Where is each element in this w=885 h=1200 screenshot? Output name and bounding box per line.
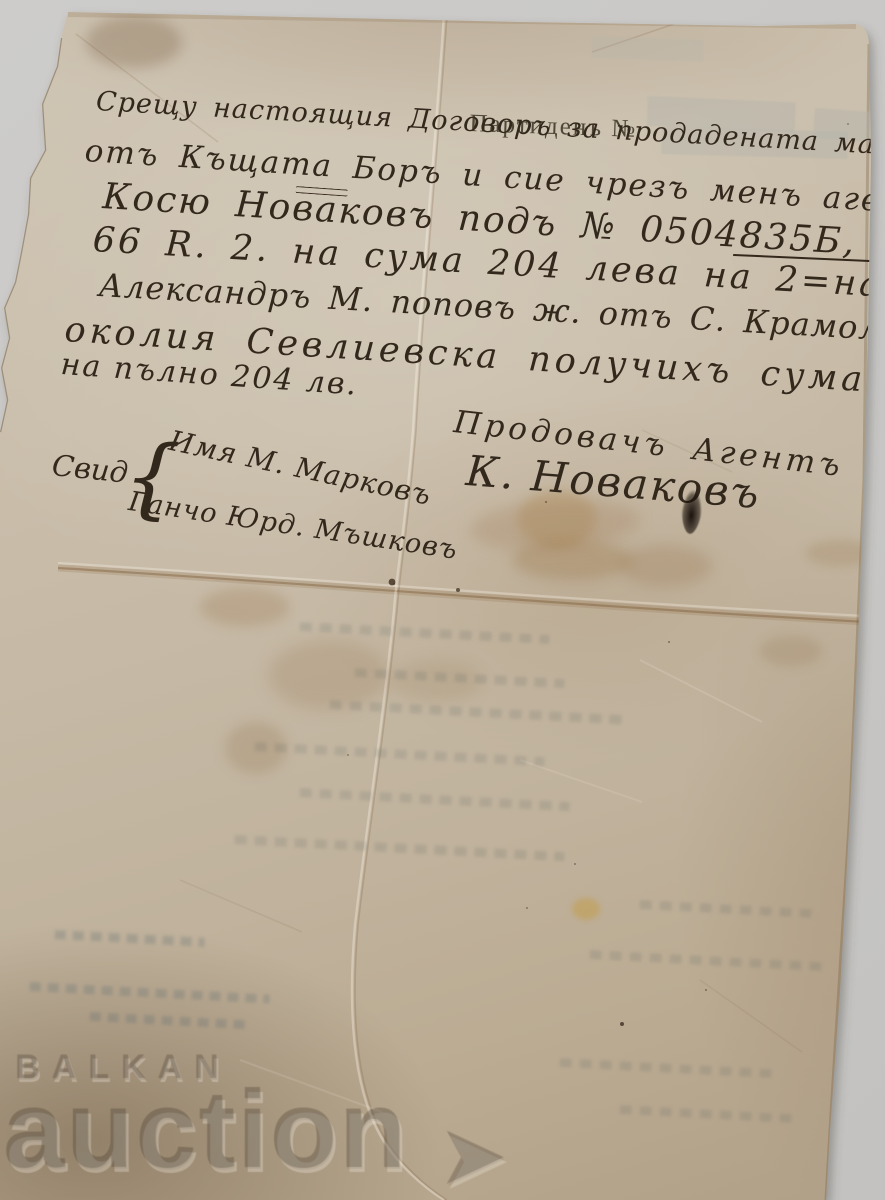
document-paper: Партиденъ № Срещу настоящия Договоръ за …	[0, 0, 885, 1200]
showthrough-line	[300, 622, 550, 644]
stain	[806, 540, 876, 566]
showthrough-line	[255, 742, 545, 766]
showthrough-line	[355, 668, 565, 688]
showthrough-line	[620, 1105, 800, 1123]
showthrough-line	[235, 835, 565, 861]
showthrough-line	[330, 700, 630, 725]
stain	[760, 636, 822, 666]
showthrough-line	[30, 982, 270, 1004]
photo-stage: Партиденъ № Срещу настоящия Договоръ за …	[0, 0, 885, 1200]
showthrough-line	[590, 950, 830, 972]
stain	[572, 898, 600, 920]
showthrough-line	[560, 1058, 780, 1079]
witness-label: Свид	[50, 448, 129, 490]
showthrough-line	[55, 930, 205, 947]
tape-patch	[591, 36, 704, 62]
showthrough-line	[640, 900, 820, 918]
stain	[86, 16, 182, 68]
showthrough-line	[90, 1012, 250, 1029]
ink-specks	[456, 588, 460, 592]
stain	[200, 588, 290, 626]
stain	[620, 545, 712, 587]
stain	[512, 540, 632, 580]
showthrough-line	[300, 788, 570, 811]
